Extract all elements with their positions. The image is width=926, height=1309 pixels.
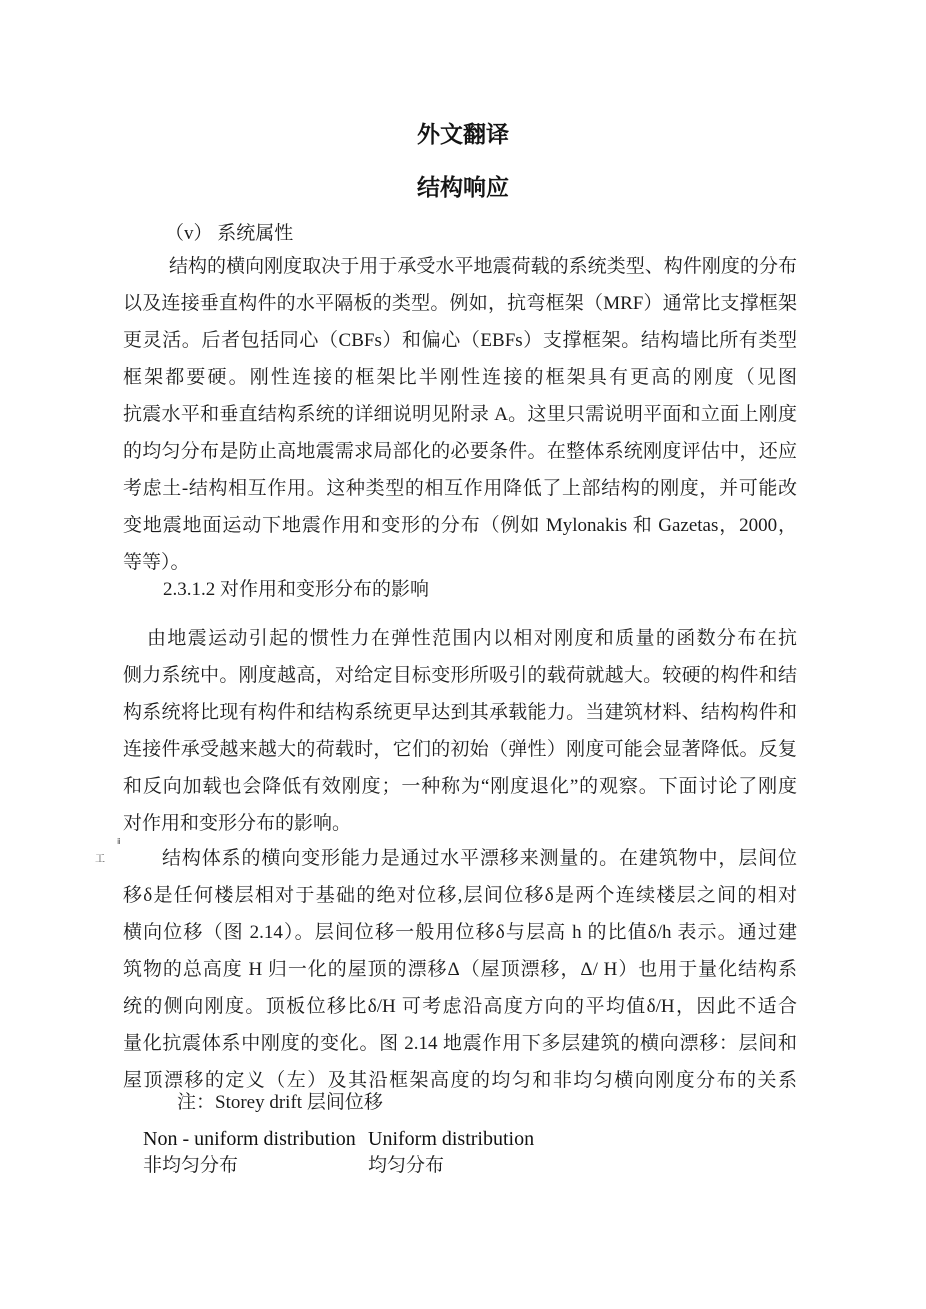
text-line: 由地震运动引起的惯性力在弹性范围内以相对刚度和质量的函数分布在抗	[123, 620, 797, 657]
note-storey-drift: 注：Storey drift 层间位移	[123, 1084, 797, 1121]
text-line: 的均匀分布是防止高地震需求局部化的必要条件。在整体系统刚度评估中，还应	[123, 433, 797, 470]
text-line: 构系统将比现有构件和结构系统更早达到其承载能力。当建筑材料、结构构件和	[123, 694, 797, 731]
text-line: 连接件承受越来越大的荷载时，它们的初始（弹性）刚度可能会显著降低。反复	[123, 731, 797, 768]
text-line: 结构的横向刚度取决于用于承受水平地震荷载的系统类型、构件刚度的分布	[123, 248, 797, 285]
text-line: 变地震地面运动下地震作用和变形的分布（例如 Mylonakis 和 Gazeta…	[123, 507, 797, 544]
text-line: 考虑土-结构相互作用。这种类型的相互作用降低了上部结构的刚度，并可能改	[123, 470, 797, 507]
text-line: 和反向加载也会降低有效刚度；一种称为“刚度退化”的观察。下面讨论了刚度	[123, 768, 797, 805]
legend-column-nonuniform: Non - uniform distribution 非均匀分布	[143, 1126, 368, 1179]
paragraph-2: 由地震运动引起的惯性力在弹性范围内以相对刚度和质量的函数分布在抗侧力系统中。刚度…	[123, 620, 797, 842]
text-line: 对作用和变形分布的影响。	[123, 805, 797, 842]
section-v-heading: （v） 系统属性	[123, 215, 797, 252]
text-line: 框架都要硬。刚性连接的框架比半刚性连接的框架具有更高的刚度（见图 2.13）。	[123, 359, 797, 396]
text-line: 结构体系的横向变形能力是通过水平漂移来测量的。在建筑物中，层间位	[123, 840, 797, 877]
margin-artifact-mark: ⅱ	[117, 837, 121, 846]
text-line: 移δ是任何楼层相对于基础的绝对位移,层间位移δ是两个连续楼层之间的相对	[123, 877, 797, 914]
inline-artifact-mark: ⅰ	[368, 893, 370, 901]
paragraph-1: 结构的横向刚度取决于用于承受水平地震荷载的系统类型、构件刚度的分布以及连接垂直构…	[123, 248, 797, 581]
legend-nonuniform-en-label: Non - uniform distribution	[143, 1126, 368, 1152]
text-line: 抗震水平和垂直结构系统的详细说明见附录 A。这里只需说明平面和立面上刚度	[123, 396, 797, 433]
legend-column-uniform: Uniform distribution 均匀分布	[368, 1126, 534, 1179]
text-line: 更灵活。后者包括同心（CBFs）和偏心（EBFs）支撑框架。结构墙比所有类型的	[123, 322, 797, 359]
legend-uniform-zh-label: 均匀分布	[368, 1152, 534, 1179]
figure-legend: Non - uniform distribution 非均匀分布 Uniform…	[143, 1126, 534, 1179]
text-line: 横向位移（图 2.14）。层间位移一般用位移δ与层高 h 的比值δ/h 表示。通…	[123, 914, 797, 951]
text-line: 以及连接垂直构件的水平隔板的类型。例如，抗弯框架（MRF）通常比支撑框架	[123, 285, 797, 322]
text-line: 量化抗震体系中刚度的变化。图 2.14 地震作用下多层建筑的横向漂移：层间和	[123, 1025, 797, 1062]
document-subtitle: 结构响应	[0, 173, 926, 201]
text-line: 侧力系统中。刚度越高，对给定目标变形所吸引的载荷就越大。较硬的构件和结	[123, 657, 797, 694]
document-title: 外文翻译	[0, 120, 926, 148]
legend-uniform-en-label: Uniform distribution	[368, 1126, 534, 1152]
text-line: 筑物的总高度 H 归一化的屋顶的漂移Δ（屋顶漂移，Δ/ H）也用于量化结构系	[123, 951, 797, 988]
legend-nonuniform-zh-label: 非均匀分布	[143, 1152, 368, 1179]
heading-2-3-1-2: 2.3.1.2 对作用和变形分布的影响	[123, 571, 797, 608]
text-line: 统的侧向刚度。顶板位移比δ/H 可考虑沿高度方向的平均值δ/H，因此不适合	[123, 988, 797, 1025]
margin-artifact-mark: 工	[95, 850, 105, 865]
document-page: 外文翻译 结构响应 （v） 系统属性 结构的横向刚度取决于用于承受水平地震荷载的…	[0, 0, 926, 1309]
paragraph-3: 结构体系的横向变形能力是通过水平漂移来测量的。在建筑物中，层间位移δ是任何楼层相…	[123, 840, 797, 1099]
